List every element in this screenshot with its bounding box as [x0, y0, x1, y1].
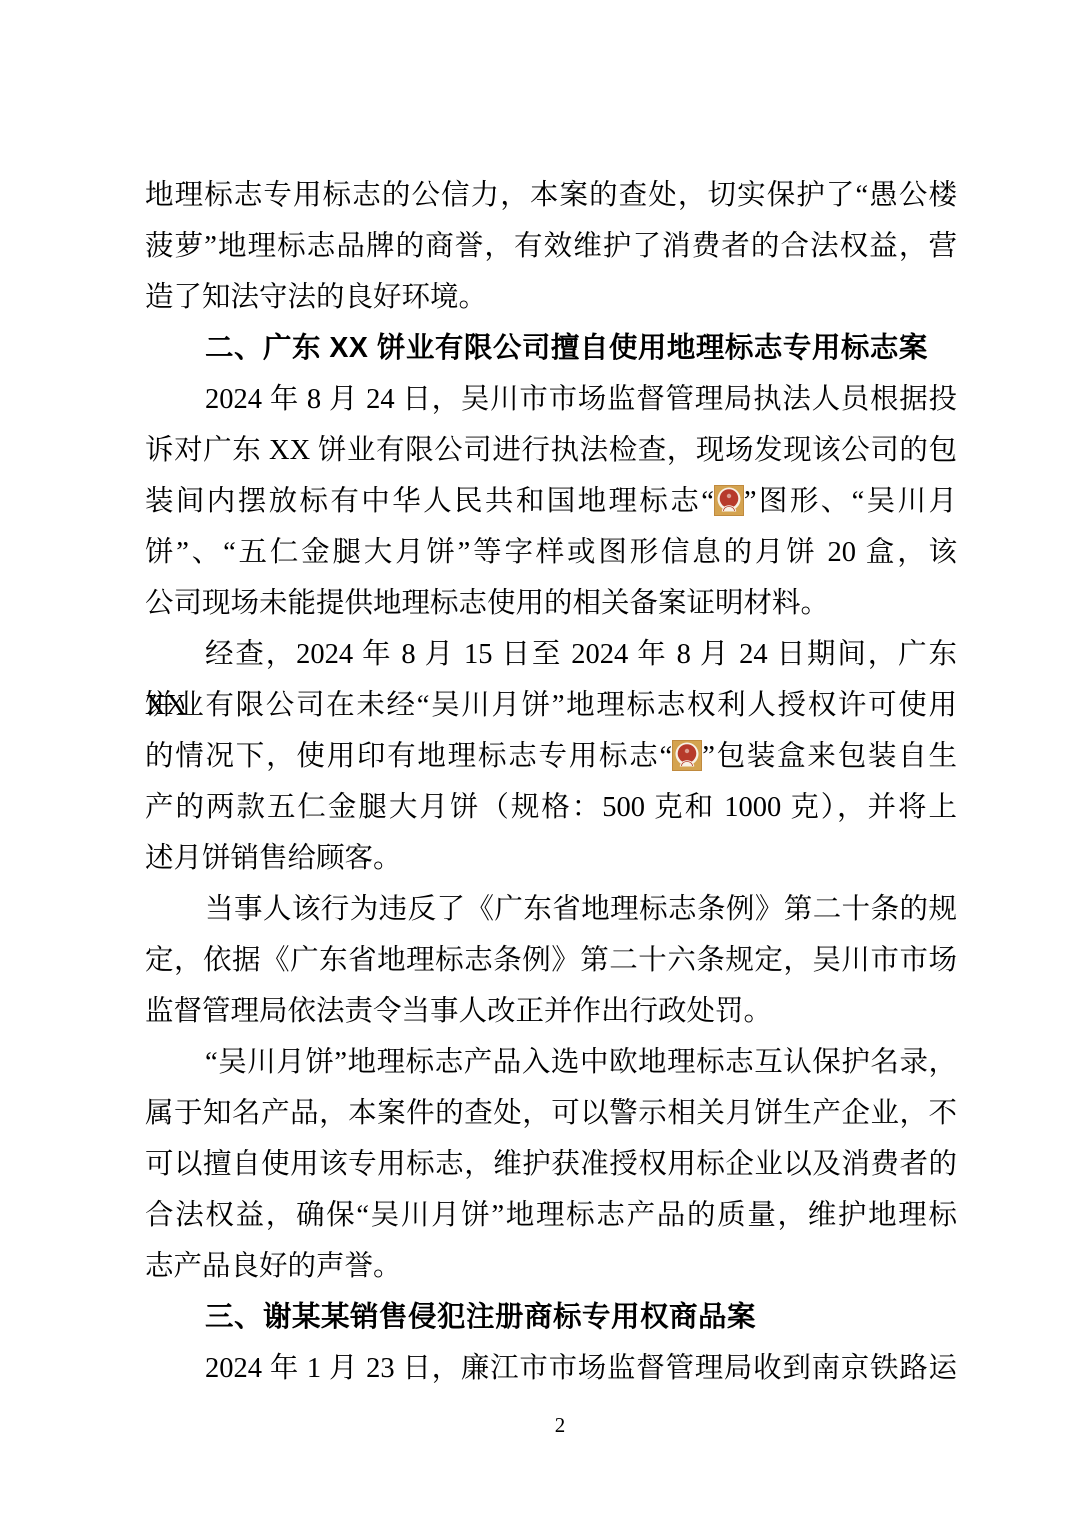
text-line: 饼业有限公司在未经“吴川月饼”地理标志权利人授权许可使用: [145, 680, 957, 731]
text-run: 的情况下，使用印有地理标志专用标志“: [145, 741, 672, 772]
text-line: 2024 年 1 月 23 日，廉江市市场监督管理局收到南京铁路运: [145, 1343, 957, 1394]
text-run: 志产品良好的声誉。: [145, 1251, 402, 1282]
text-run: 合法权益，确保“吴川月饼”地理标志产品的质量，维护地理标: [145, 1200, 957, 1231]
text-run: 二、广东 XX 饼业有限公司擅自使用地理标志专用标志案: [205, 332, 928, 364]
text-run: 可以擅自使用该专用标志，维护获准授权用标企业以及消费者的: [145, 1149, 957, 1180]
geographical-indication-emblem-icon: [672, 740, 702, 771]
text-line: 属于知名产品，本案件的查处，可以警示相关月饼生产企业，不: [145, 1088, 957, 1139]
text-line: 当事人该行为违反了《广东省地理标志条例》第二十条的规: [145, 884, 957, 935]
text-run: 产的两款五仁金腿大月饼（规格：500 克和 1000 克），并将上: [145, 792, 957, 823]
text-run: 2024 年 8 月 24 日，吴川市市场监督管理局执法人员根据投: [205, 384, 957, 415]
text-run: 饼业有限公司在未经“吴川月饼”地理标志权利人授权许可使用: [145, 690, 957, 721]
text-line: 菠萝”地理标志品牌的商誉，有效维护了消费者的合法权益，营: [145, 221, 957, 272]
text-line: “吴川月饼”地理标志产品入选中欧地理标志互认保护名录，: [145, 1037, 957, 1088]
geographical-indication-emblem-icon: [714, 485, 744, 516]
document-body: 地理标志专用标志的公信力，本案的查处，切实保护了“愚公楼菠萝”地理标志品牌的商誉…: [145, 170, 957, 1394]
text-line: 诉对广东 XX 饼业有限公司进行执法检查，现场发现该公司的包: [145, 425, 957, 476]
text-line: 产的两款五仁金腿大月饼（规格：500 克和 1000 克），并将上: [145, 782, 957, 833]
text-line: 定，依据《广东省地理标志条例》第二十六条规定，吴川市市场: [145, 935, 957, 986]
text-line: 装间内摆放标有中华人民共和国地理标志“”图形、“吴川月: [145, 476, 957, 527]
section-heading: 三、谢某某销售侵犯注册商标专用权商品案: [145, 1292, 957, 1343]
text-line: 监督管理局依法责令当事人改正并作出行政处罚。: [145, 986, 957, 1037]
text-run: ”图形、“吴川月: [744, 486, 957, 517]
text-line: 公司现场未能提供地理标志使用的相关备案证明材料。: [145, 578, 957, 629]
text-run: 饼”、“五仁金腿大月饼”等字样或图形信息的月饼 20 盒，该: [145, 537, 957, 568]
text-run: 装间内摆放标有中华人民共和国地理标志“: [145, 486, 714, 517]
text-line: 2024 年 8 月 24 日，吴川市市场监督管理局执法人员根据投: [145, 374, 957, 425]
text-run: 诉对广东 XX 饼业有限公司进行执法检查，现场发现该公司的包: [145, 435, 957, 466]
text-run: 述月饼销售给顾客。: [145, 843, 402, 874]
text-run: 属于知名产品，本案件的查处，可以警示相关月饼生产企业，不: [145, 1098, 957, 1129]
text-run: 公司现场未能提供地理标志使用的相关备案证明材料。: [145, 588, 829, 619]
text-run: 造了知法守法的良好环境。: [145, 282, 487, 313]
page-number: 2: [145, 1412, 975, 1438]
text-line: 经查，2024 年 8 月 15 日至 2024 年 8 月 24 日期间，广东…: [145, 629, 957, 680]
section-heading: 二、广东 XX 饼业有限公司擅自使用地理标志专用标志案: [145, 323, 957, 374]
text-line: 可以擅自使用该专用标志，维护获准授权用标企业以及消费者的: [145, 1139, 957, 1190]
text-line: 饼”、“五仁金腿大月饼”等字样或图形信息的月饼 20 盒，该: [145, 527, 957, 578]
text-run: 三、谢某某销售侵犯注册商标专用权商品案: [205, 1301, 756, 1333]
text-line: 造了知法守法的良好环境。: [145, 272, 957, 323]
text-line: 地理标志专用标志的公信力，本案的查处，切实保护了“愚公楼: [145, 170, 957, 221]
text-run: “吴川月饼”地理标志产品入选中欧地理标志互认保护名录，: [205, 1047, 957, 1078]
document-page: 地理标志专用标志的公信力，本案的查处，切实保护了“愚公楼菠萝”地理标志品牌的商誉…: [0, 0, 1080, 1528]
text-run: 当事人该行为违反了《广东省地理标志条例》第二十条的规: [205, 894, 957, 925]
text-run: 监督管理局依法责令当事人改正并作出行政处罚。: [145, 996, 772, 1027]
text-line: 志产品良好的声誉。: [145, 1241, 957, 1292]
text-line: 合法权益，确保“吴川月饼”地理标志产品的质量，维护地理标: [145, 1190, 957, 1241]
text-run: ”包装盒来包装自生: [702, 741, 957, 772]
text-run: 2024 年 1 月 23 日，廉江市市场监督管理局收到南京铁路运: [205, 1353, 957, 1384]
text-run: 菠萝”地理标志品牌的商誉，有效维护了消费者的合法权益，营: [145, 231, 957, 262]
text-line: 述月饼销售给顾客。: [145, 833, 957, 884]
text-run: 地理标志专用标志的公信力，本案的查处，切实保护了“愚公楼: [145, 180, 957, 211]
text-line: 的情况下，使用印有地理标志专用标志“”包装盒来包装自生: [145, 731, 957, 782]
text-run: 定，依据《广东省地理标志条例》第二十六条规定，吴川市市场: [145, 945, 957, 976]
